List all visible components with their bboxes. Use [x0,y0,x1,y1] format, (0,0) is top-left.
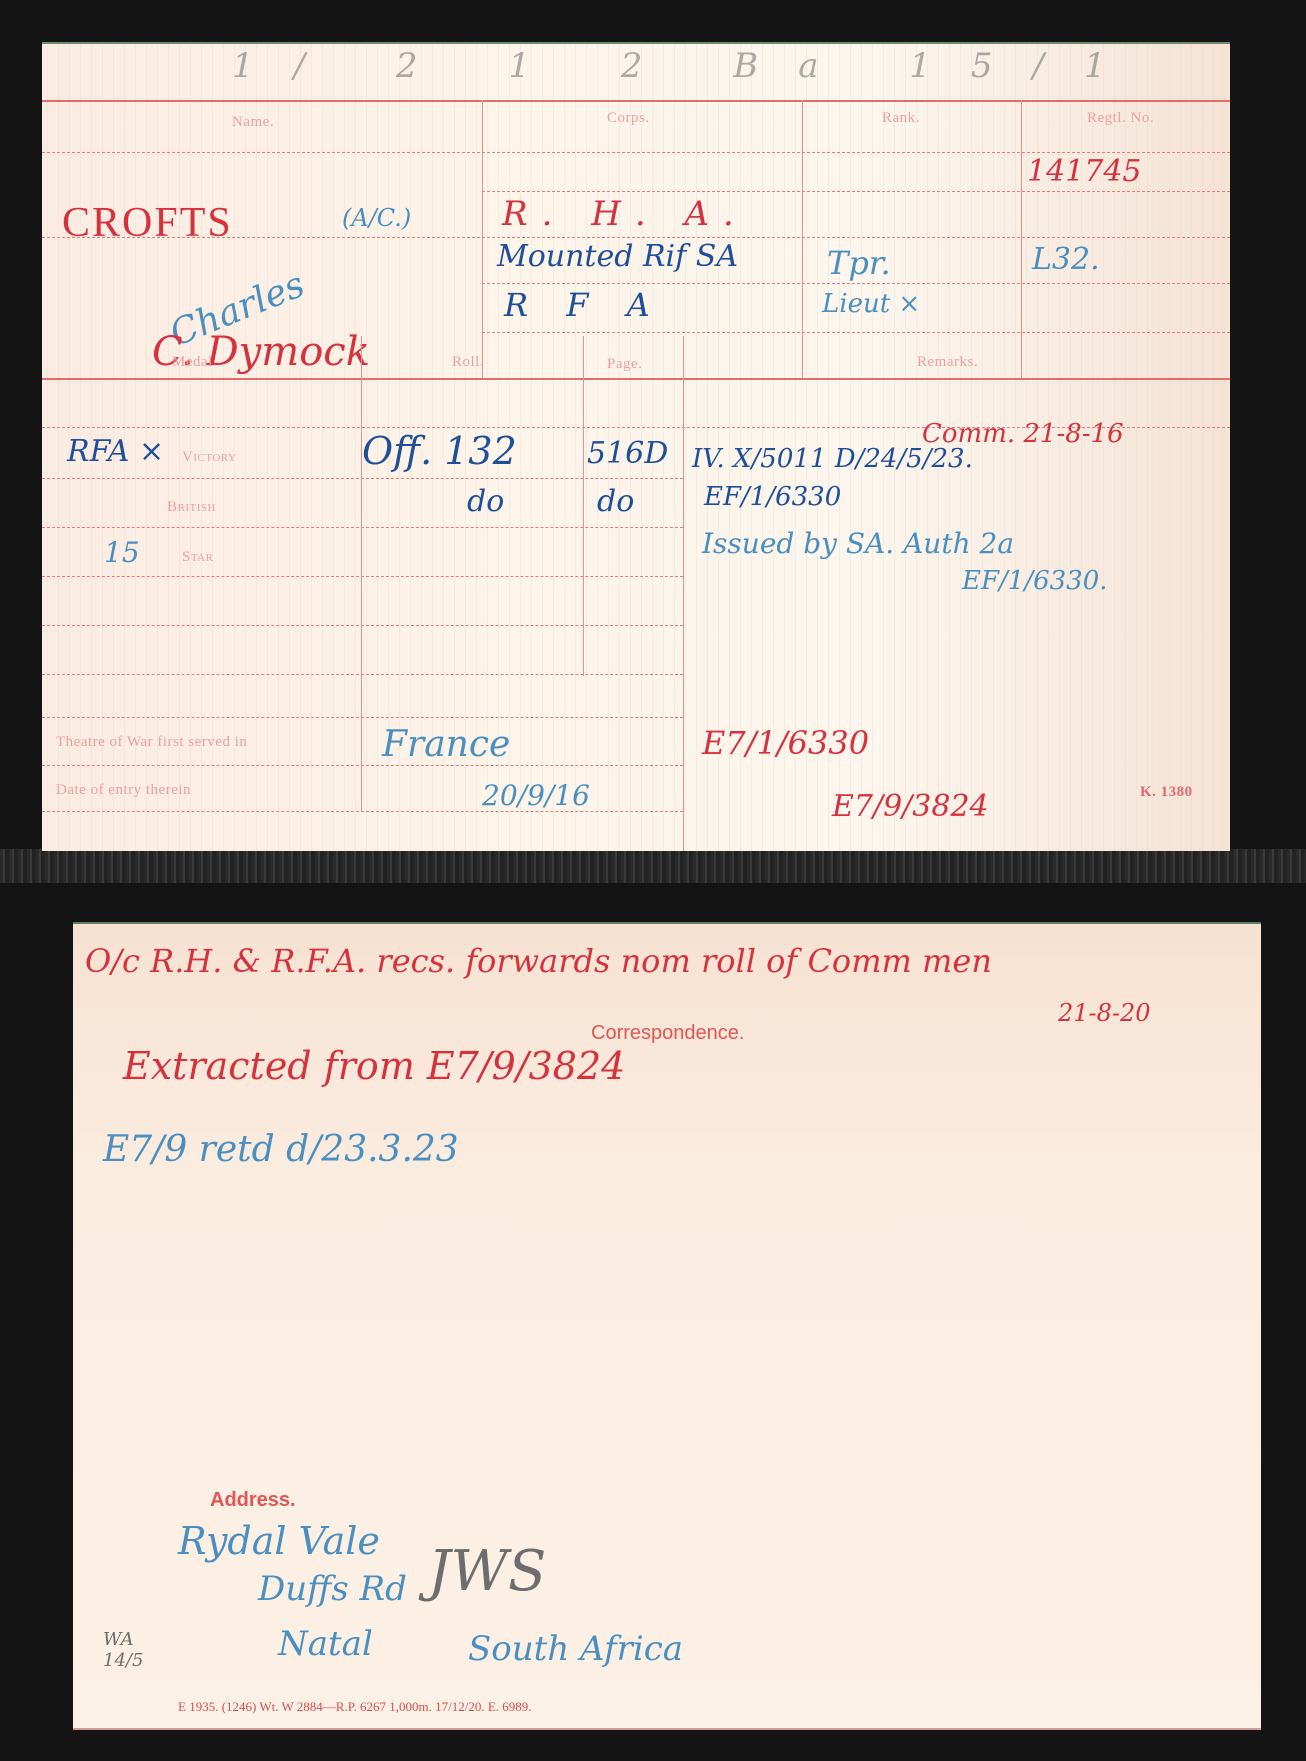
remark-4: EF/1/6330. [962,566,1108,596]
header-page: Page. [607,356,642,373]
corps-1: R. H. A. [502,194,748,234]
rule [42,152,1230,153]
form-footer: E 1935. (1246) Wt. W 2884—R.P. 6267 1,00… [178,1699,532,1715]
rule [802,100,803,378]
rule [482,100,483,378]
medal-entry-victory: RFA × [67,434,164,469]
header-corps: Corps. [607,110,650,127]
pencil-note: WA 14/5 [103,1629,143,1671]
rule [42,576,683,577]
back-line-1: O/c R.H. & R.F.A. recs. forwards nom rol… [85,942,992,980]
header-regtl-no: Regtl. No. [1087,110,1154,127]
correspondence-label: Correspondence. [591,1022,744,1045]
back-line-2: Extracted from E7/9/3824 [123,1044,625,1088]
rule [42,674,683,675]
back-line-3: E7/9 retd d/23.3.23 [103,1129,459,1170]
name-annotation: (A/C.) [342,204,411,232]
rule [42,100,1230,102]
header-rank: Rank. [882,110,920,127]
date-value: 20/9/16 [482,779,590,812]
corps-3: R F A [504,286,664,324]
rule [482,191,1230,192]
date-label: Date of entry therein [56,782,191,799]
theatre-value: France [382,724,510,765]
medal-label-star: Star [182,549,213,566]
address-line-3: Natal [278,1624,373,1664]
address-line-4: South Africa [468,1629,683,1669]
rule [42,765,683,766]
page-1: 516D [587,436,668,471]
roll-2: do [467,484,504,519]
medal-entry-star: 15 [104,536,140,569]
header-name: Name. [232,114,274,131]
rule [482,283,1230,284]
scan-band [0,849,1306,883]
rank-2: Lieut × [822,289,920,319]
corps-2: Mounted Rif SA [497,239,738,274]
address-line-1: Rydal Vale [178,1519,380,1563]
header-roll: Roll. [452,354,484,371]
rule [42,625,683,626]
medal-index-card-front: 1/ 2 1 2 Ba 15/1 Name. Corps. Rank. Regt… [42,42,1230,851]
remark-1: IV. X/5011 D/24/5/23. [692,444,973,474]
regtl-no-1: 141745 [1027,154,1142,189]
rule [42,378,1230,380]
rule [1021,100,1022,378]
remark-2: EF/1/6330 [704,482,841,512]
remark-3: Issued by SA. Auth 2a [702,527,1014,560]
roll-1: Off. 132 [362,429,517,473]
pencil-top-annotation: 1/ 2 1 2 Ba 15/1 [232,46,1146,86]
reference-1: E7/1/6330 [702,724,869,762]
address-label: Address. [210,1489,296,1512]
rule [482,332,1230,333]
page-2: do [597,484,634,519]
rule [42,527,683,528]
medal-index-card-back: O/c R.H. & R.F.A. recs. forwards nom rol… [73,922,1261,1730]
reference-2: E7/9/3824 [832,789,989,824]
back-date-1: 21-8-20 [1058,999,1151,1027]
rank-1: Tpr. [827,244,891,282]
medal-label-victory: Victory [182,449,236,466]
medal-label-british: British [167,499,216,516]
header-medal: Medal. [172,354,217,371]
rule [361,336,362,811]
rule [583,336,584,676]
surname: CROFTS [62,199,233,247]
rule [42,478,683,479]
theatre-label: Theatre of War first served in [56,734,247,751]
regtl-no-2: L32. [1032,242,1100,277]
form-number: K. 1380 [1140,784,1193,801]
header-remarks: Remarks. [917,354,978,371]
rule [42,717,683,718]
initials: JWS [428,1539,546,1604]
address-line-2: Duffs Rd [258,1569,407,1609]
rule [683,336,684,851]
